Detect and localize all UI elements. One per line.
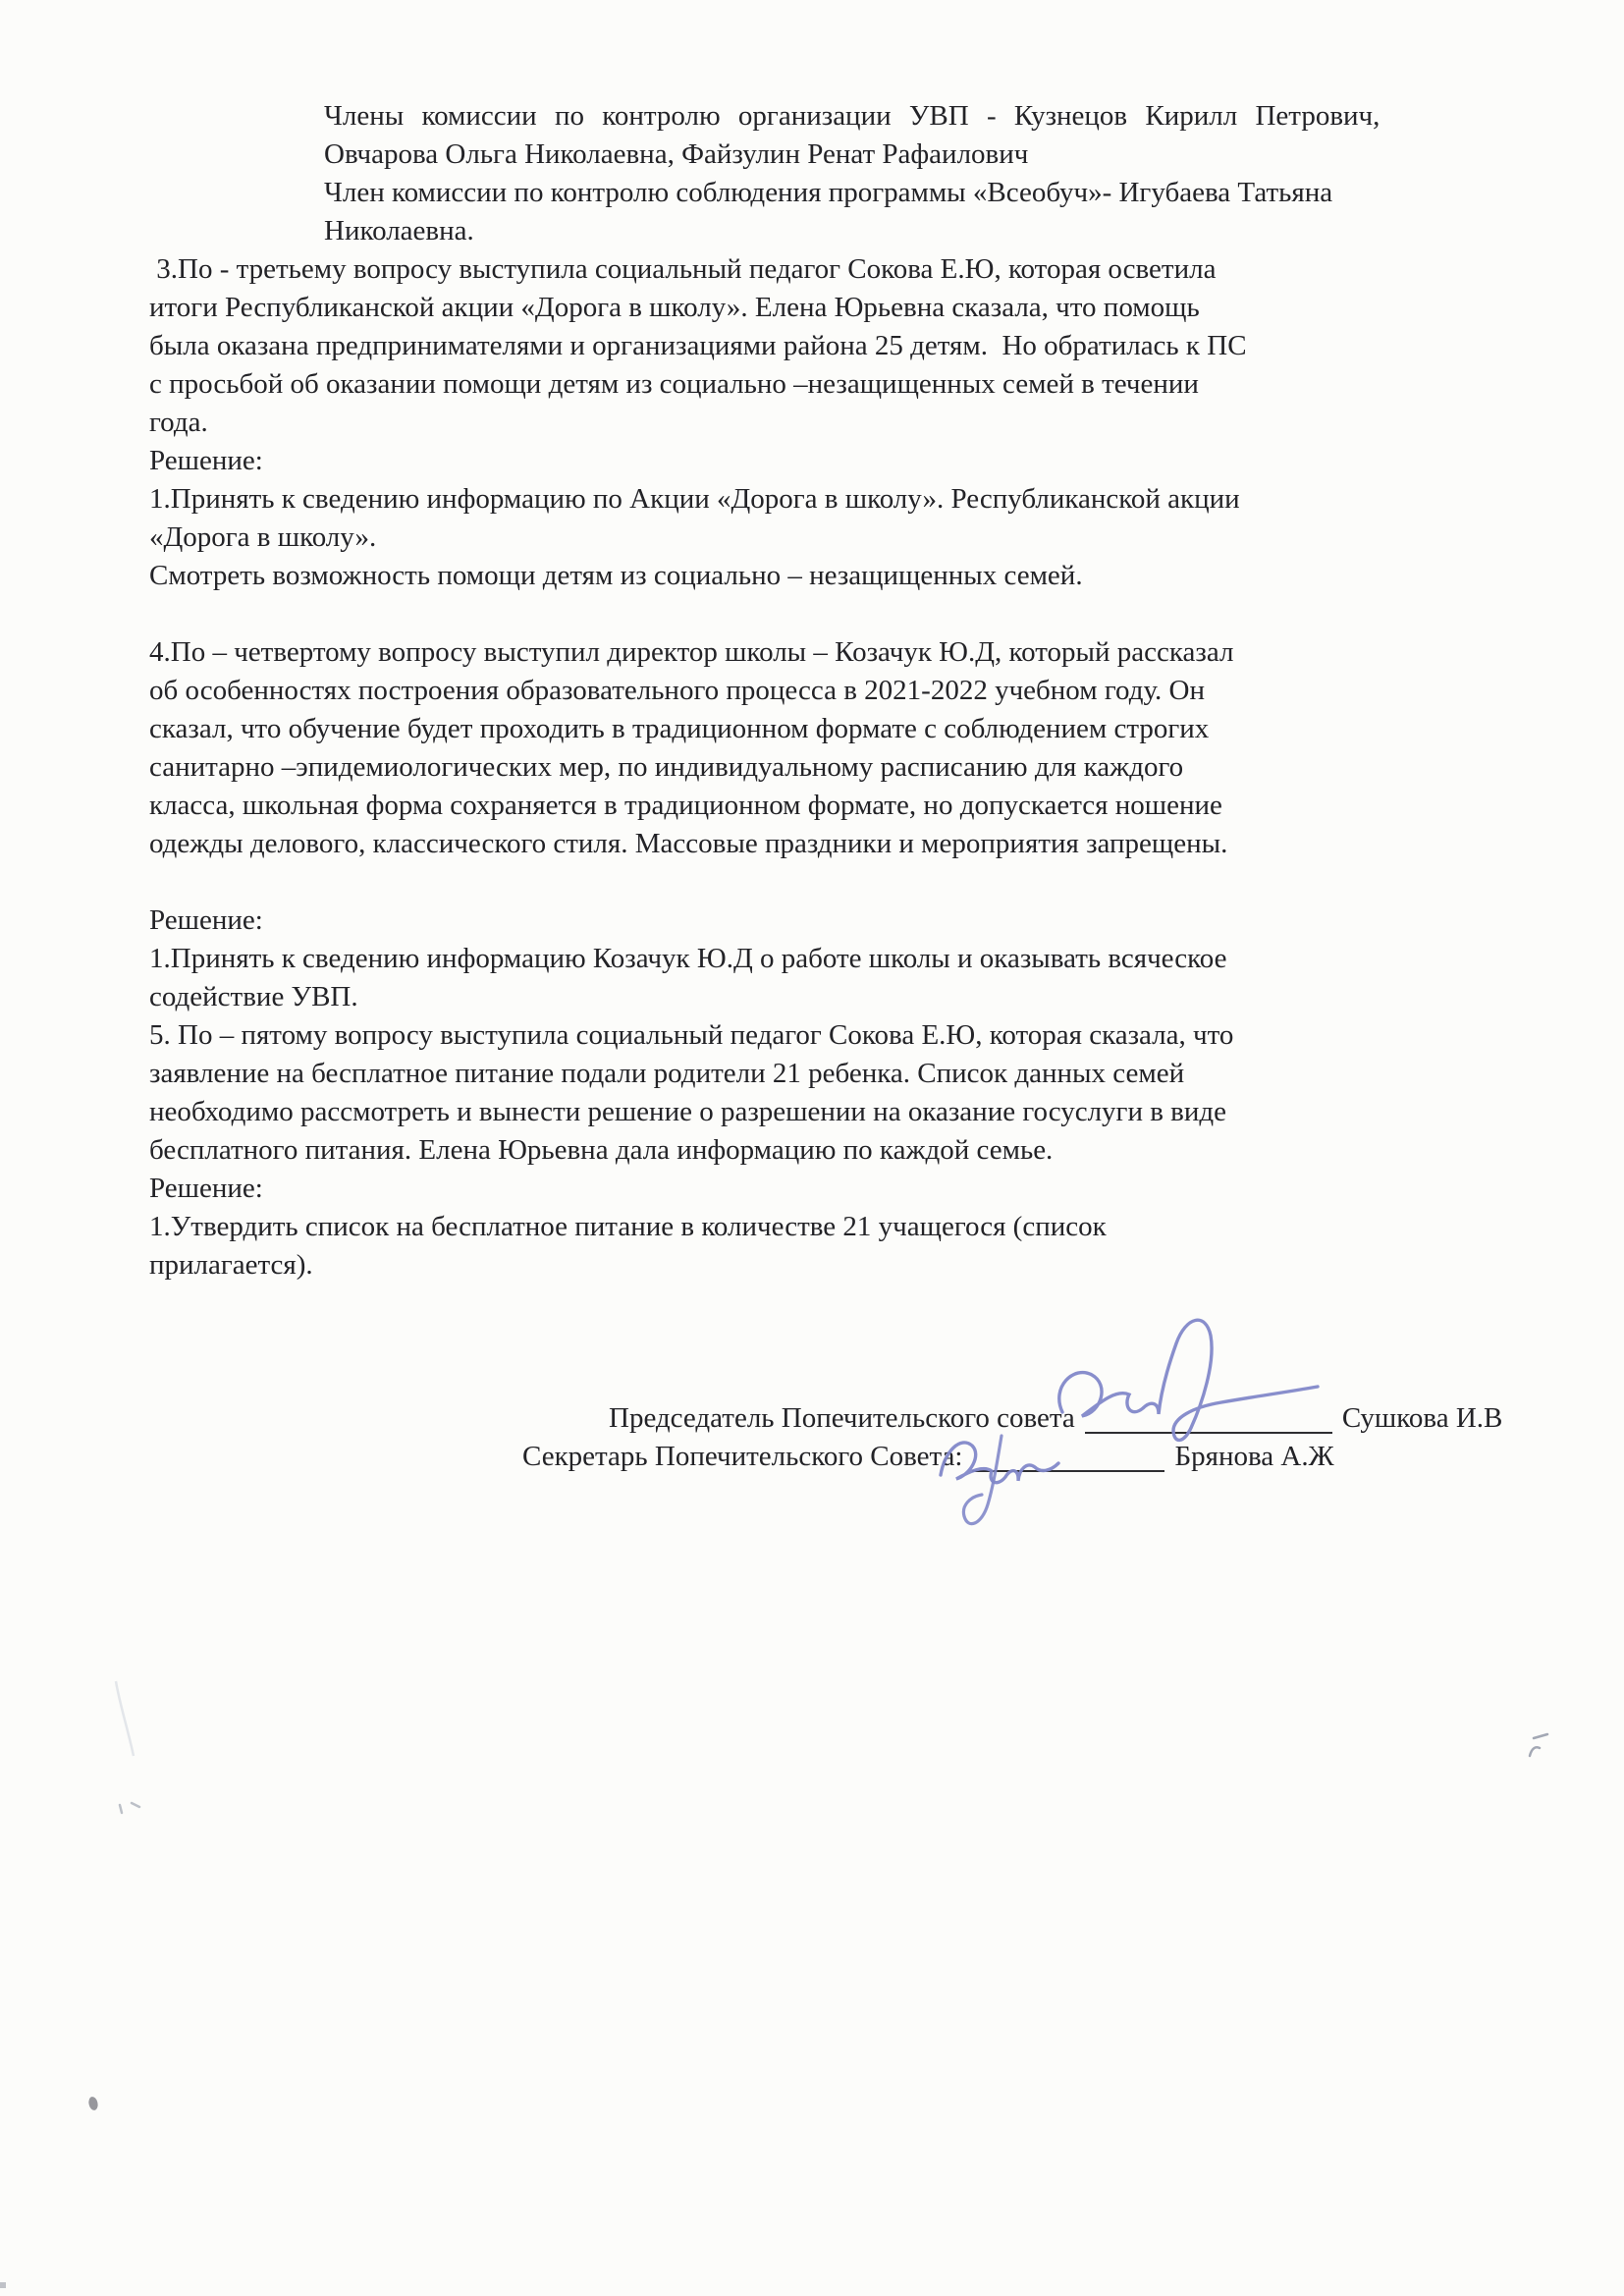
scan-artifact [0,2282,6,2288]
handwritten-ink-overlay [0,0,1624,2296]
document-page: Члены комиссии по контролю организации У… [0,0,1624,2296]
secretary-signature-descender [963,1436,1001,1524]
scan-artifact [116,1681,134,1756]
scan-artifact [1530,1734,1547,1756]
chairman-handwritten-signature [1059,1320,1318,1440]
scan-artifact [120,1803,139,1813]
scan-artifact [87,2096,99,2111]
